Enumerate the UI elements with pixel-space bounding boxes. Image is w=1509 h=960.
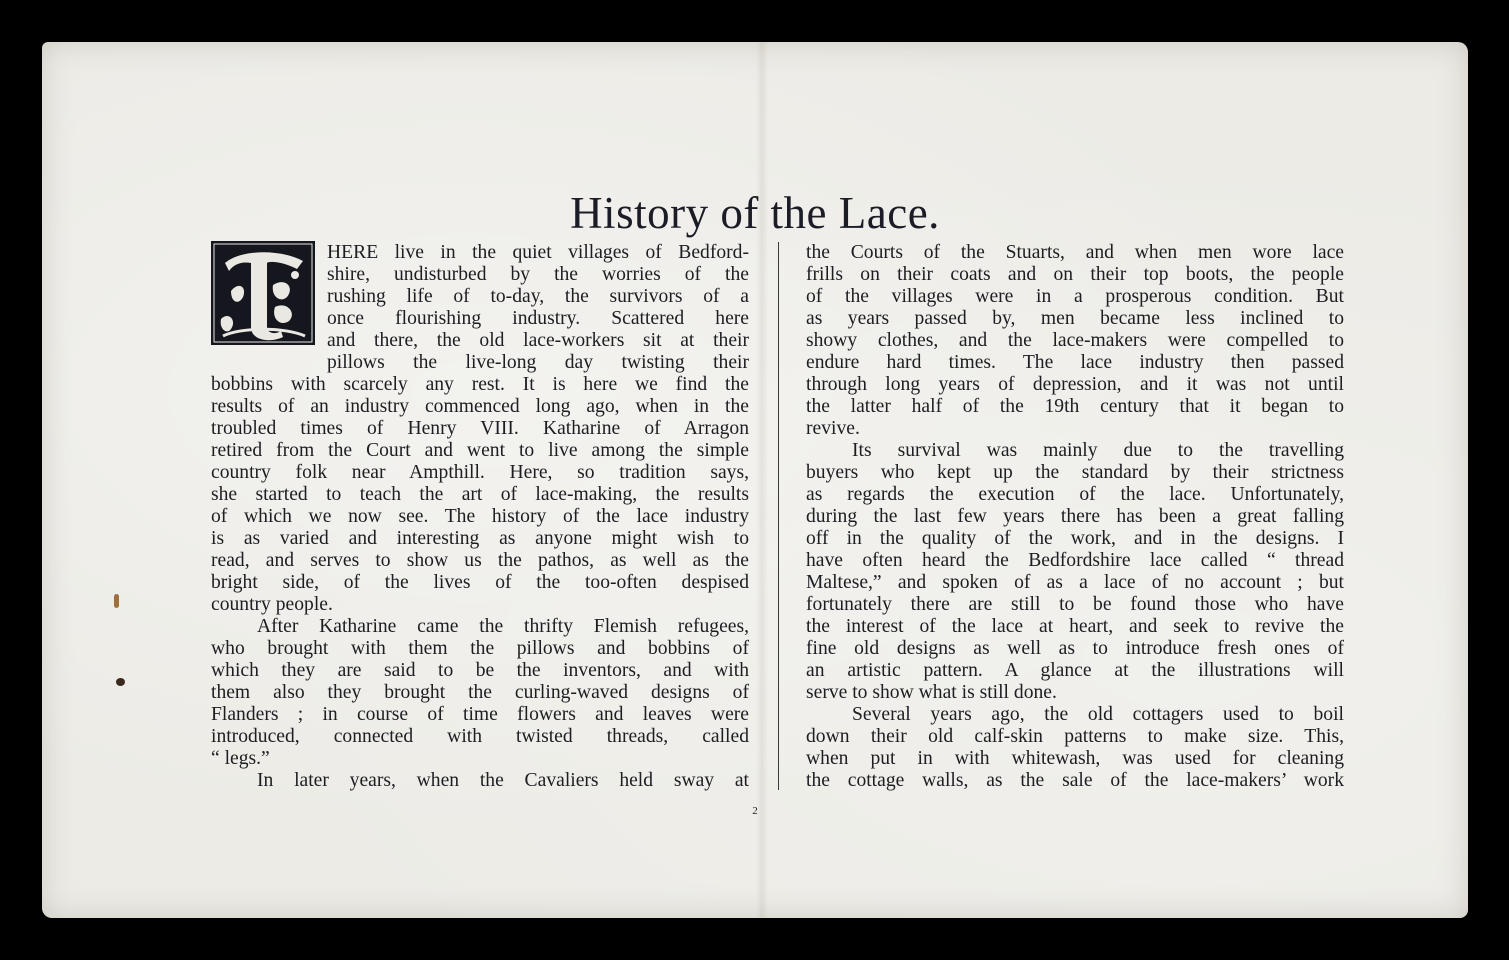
text-line: the Courts of the Stuarts, and when men … (806, 242, 1344, 264)
text-line: introduced, connected with twisted threa… (211, 726, 749, 748)
text-line: the cottage walls, as the sale of the la… (806, 770, 1344, 792)
text-line: which they are said to be the inventors,… (211, 660, 749, 682)
page-title: History of the Lace. (42, 187, 1468, 239)
text-line: the latter half of the 19th century that… (806, 396, 1344, 418)
column-divider (778, 242, 779, 790)
text-line: is as varied and interesting as anyone m… (211, 528, 749, 550)
text-line: revive. (806, 418, 1344, 440)
text-line: as years passed by, men became less incl… (806, 308, 1344, 330)
text-line: serve to show what is still done. (806, 682, 1344, 704)
text-line: buyers who kept up the standard by their… (806, 462, 1344, 484)
text-line: showy clothes, and the lace-makers were … (806, 330, 1344, 352)
text-line: country people. (211, 594, 749, 616)
text-line: In later years, when the Cavaliers held … (211, 770, 749, 792)
text-line: troubled times of Henry VIII. Katharine … (211, 418, 749, 440)
text-line: she started to teach the art of lace-mak… (211, 484, 749, 506)
text-line: the interest of the lace at heart, and s… (806, 616, 1344, 638)
text-line: during the last few years there has been… (806, 506, 1344, 528)
text-line: fortunately there are still to be found … (806, 594, 1344, 616)
booklet-page-spread: History of the Lace. T HERE live in the … (42, 42, 1468, 918)
page-number: 2 (42, 805, 1468, 817)
text-line: once flourishing industry. Scattered her… (211, 308, 749, 330)
text-line: down their old calf-skin patterns to mak… (806, 726, 1344, 748)
text-line: After Katharine came the thrifty Flemish… (211, 616, 749, 638)
text-line: have often heard the Bedfordshire lace c… (806, 550, 1344, 572)
text-line: when put in with whitewash, was used for… (806, 748, 1344, 770)
text-line: bright side, of the lives of the too-oft… (211, 572, 749, 594)
paper-stain (114, 594, 119, 608)
right-text-column: the Courts of the Stuarts, and when men … (806, 242, 1344, 792)
text-line: Several years ago, the old cottagers use… (806, 704, 1344, 726)
center-fold (756, 42, 768, 918)
paper-stain (116, 678, 125, 686)
text-line: rushing life of to-day, the survivors of… (211, 286, 749, 308)
text-line: pillows the live-long day twisting their (211, 352, 749, 374)
text-line: and there, the old lace-workers sit at t… (211, 330, 749, 352)
text-line: Flanders ; in course of time flowers and… (211, 704, 749, 726)
text-line: of the villages were in a prosperous con… (806, 286, 1344, 308)
text-line: HERE live in the quiet villages of Bedfo… (211, 242, 749, 264)
text-line: results of an industry commenced long ag… (211, 396, 749, 418)
text-line: endure hard times. The lace industry the… (806, 352, 1344, 374)
text-line: them also they brought the curling-waved… (211, 682, 749, 704)
left-text-column: HERE live in the quiet villages of Bedfo… (211, 242, 749, 792)
text-line: bobbins with scarcely any rest. It is he… (211, 374, 749, 396)
text-line: Maltese,” and spoken of as a lace of no … (806, 572, 1344, 594)
text-line: frills on their coats and on their top b… (806, 264, 1344, 286)
text-line: fine old designs as well as to introduce… (806, 638, 1344, 660)
text-line: country folk near Ampthill. Here, so tra… (211, 462, 749, 484)
text-line: retired from the Court and went to live … (211, 440, 749, 462)
text-line: of which we now see. The history of the … (211, 506, 749, 528)
text-line: an artistic pattern. A glance at the ill… (806, 660, 1344, 682)
text-line: off in the quality of the work, and in t… (806, 528, 1344, 550)
text-line: Its survival was mainly due to the trave… (806, 440, 1344, 462)
text-line: read, and serves to show us the pathos, … (211, 550, 749, 572)
text-line: who brought with them the pillows and bo… (211, 638, 749, 660)
text-line: “ legs.” (211, 748, 749, 770)
text-line: through long years of depression, and it… (806, 374, 1344, 396)
text-line: as regards the execution of the lace. Un… (806, 484, 1344, 506)
text-line: shire, undisturbed by the worries of the (211, 264, 749, 286)
